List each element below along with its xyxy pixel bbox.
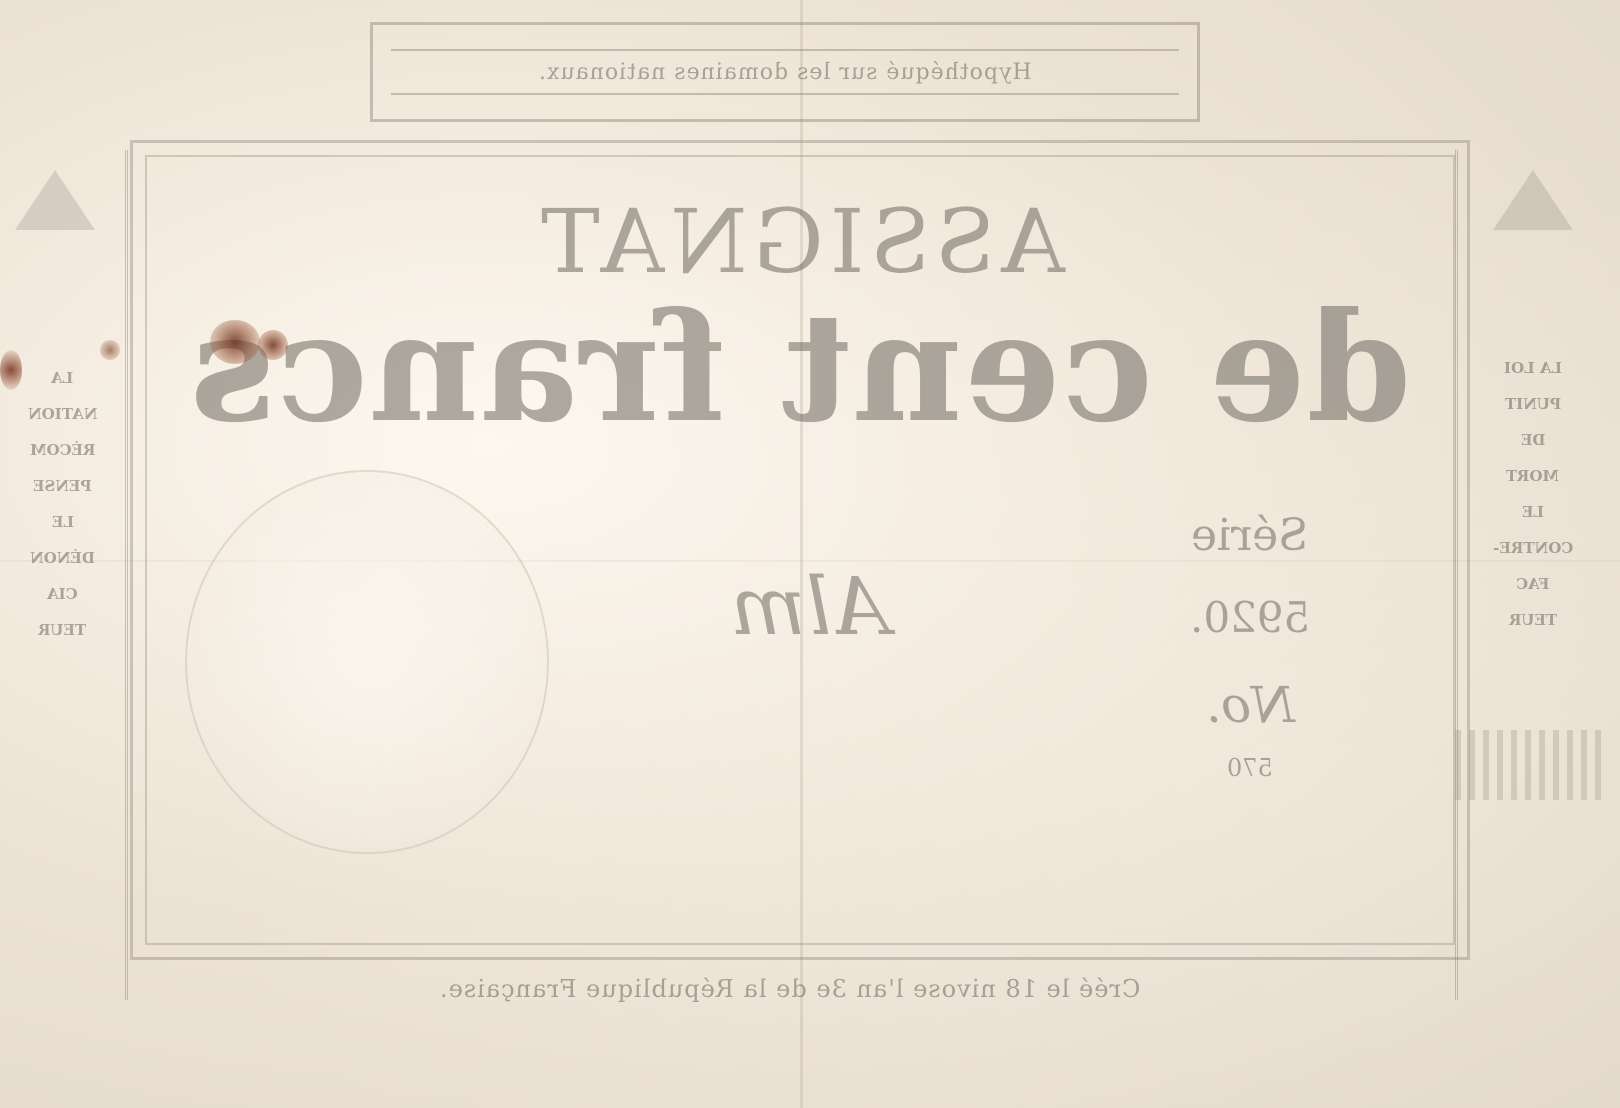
right-border-text: LA LOI PUNIT DE MORT LE CONTRE- FAC TEUR (1458, 350, 1608, 638)
denomination-text: de cent francs (150, 280, 1450, 456)
triangle-ornament-icon (15, 170, 95, 230)
left-border-panel: LA NATION RÉCOM PENSE LE DÉNON CIA TEUR (0, 150, 128, 1000)
rust-stain (210, 320, 260, 364)
bottom-creation-line: Créé le 18 nivose l'an 3e de la Républiq… (260, 975, 1320, 1003)
rust-stain (0, 350, 22, 390)
rust-stain (100, 340, 120, 360)
number-small: 570 (1227, 754, 1273, 782)
title-assignat: ASSIGNAT (440, 190, 1160, 293)
number-label: No. (1206, 676, 1295, 734)
embossed-seal (185, 470, 549, 854)
triangle-ornament-icon (1493, 170, 1573, 230)
top-banner-frame: Hypothéqué sur les domaines nationaux. (370, 22, 1200, 122)
right-border-panel: LA LOI PUNIT DE MORT LE CONTRE- FAC TEUR (1455, 150, 1608, 1000)
serie-label: Série (1191, 510, 1308, 561)
serie-block: Série 5920. No. 570 (1150, 500, 1350, 782)
serie-number: 5920. (1190, 593, 1310, 642)
left-border-text: LA NATION RÉCOM PENSE LE DÉNON CIA TEUR (0, 360, 125, 648)
assignat-banknote: Hypothéqué sur les domaines nationaux. A… (0, 0, 1620, 1108)
rust-stain (258, 330, 288, 360)
signature: Alm (730, 560, 889, 653)
right-ornament-pattern (1455, 730, 1605, 800)
top-banner-text: Hypothéqué sur les domaines nationaux. (538, 60, 1032, 85)
